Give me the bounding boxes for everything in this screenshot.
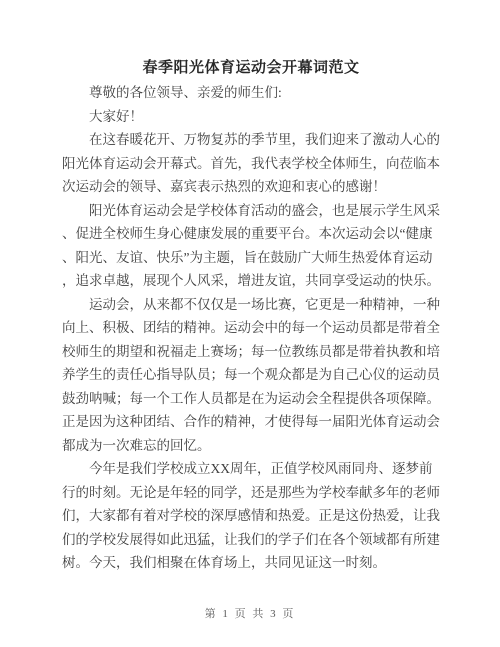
paragraph: 阳光体育运动会是学校体育活动的盛会，也是展示学生风采、促进全校师生身心健康发展的… (62, 199, 440, 293)
document-page: 春季阳光体育运动会开幕词范文 尊敬的各位领导、亲爱的师生们: 大家好！ 在这春暖… (0, 0, 500, 647)
paragraph: 大家好！ (62, 105, 440, 129)
page-number-footer: 第 1 页 共 3 页 (0, 605, 500, 621)
document-title: 春季阳光体育运动会开幕词范文 (62, 56, 440, 80)
paragraph: 运动会，从来都不仅仅是一场比赛，它更是一种精神，一种向上、积极、团结的精神。运动… (62, 293, 440, 458)
paragraph: 尊敬的各位领导、亲爱的师生们: (62, 81, 440, 105)
paragraph: 今年是我们学校成立XX周年，正值学校风雨同舟、逐梦前行的时刻。无论是年轻的同学，… (62, 457, 440, 575)
paragraph: 在这春暖花开、万物复苏的季节里，我们迎来了激动人心的阳光体育运动会开幕式。首先，… (62, 128, 440, 199)
document-body: 尊敬的各位领导、亲爱的师生们: 大家好！ 在这春暖花开、万物复苏的季节里，我们迎… (62, 81, 440, 575)
